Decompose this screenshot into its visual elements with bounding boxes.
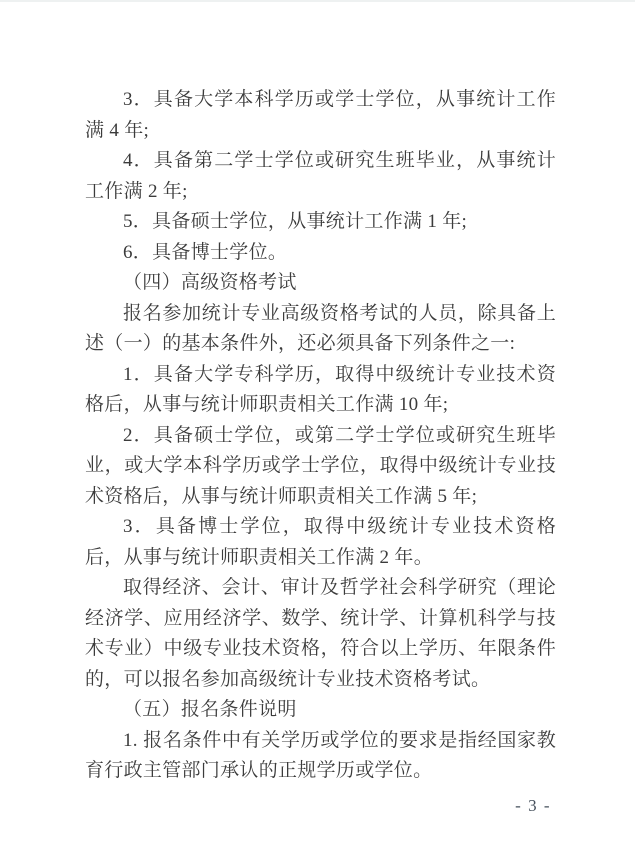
paragraph: 4．具备第二学士学位或研究生班毕业，从事统计工作满 2 年; <box>85 146 556 207</box>
paragraph: 3．具备博士学位，取得中级统计专业技术资格后，从事与统计师职责相关工作满 2 年… <box>85 512 556 573</box>
page-number: - 3 - <box>515 796 551 816</box>
section-heading: （五）报名条件说明 <box>85 695 556 726</box>
paragraph: 3．具备大学本科学历或学士学位，从事统计工作满 4 年; <box>85 85 556 146</box>
paragraph: 2．具备硕士学位，或第二学士学位或研究生班毕业，或大学本科学历或学士学位，取得中… <box>85 421 556 513</box>
paragraph: 1. 报名条件中有关学历或学位的要求是指经国家教育行政主管部门承认的正规学历或学… <box>85 726 556 787</box>
paragraph: 5．具备硕士学位，从事统计工作满 1 年; <box>85 207 556 238</box>
section-heading: （四）高级资格考试 <box>85 268 556 299</box>
paragraph: 报名参加统计专业高级资格考试的人员，除具备上述（一）的基本条件外，还必须具备下列… <box>85 299 556 360</box>
paragraph: 取得经济、会计、审计及哲学社会科学研究（理论经济学、应用经济学、数学、统计学、计… <box>85 573 556 695</box>
paragraph: 1．具备大学专科学历，取得中级统计专业技术资格后，从事与统计师职责相关工作满 1… <box>85 360 556 421</box>
document-body: 3．具备大学本科学历或学士学位，从事统计工作满 4 年; 4．具备第二学士学位或… <box>85 85 556 787</box>
paragraph: 6．具备博士学位。 <box>85 238 556 269</box>
document-page: 3．具备大学本科学历或学士学位，从事统计工作满 4 年; 4．具备第二学士学位或… <box>0 0 635 862</box>
